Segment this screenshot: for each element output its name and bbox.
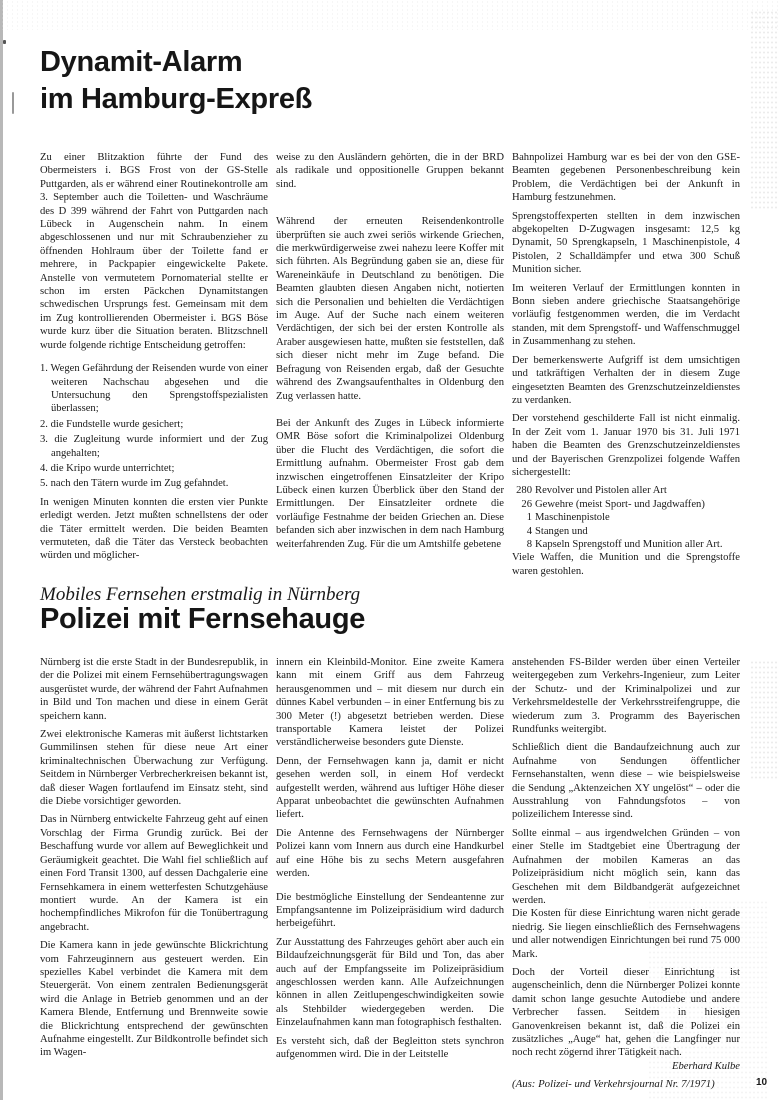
paragraph: weise zu den Ausländern gehörten, die in… [276, 151, 504, 191]
article1-title-line1: Dynamit-Alarm [40, 46, 242, 79]
paragraph: Bei der Ankunft des Zuges in Lübeck info… [276, 417, 504, 551]
paragraph: Die Kamera kann in jede gewünschte Blick… [40, 939, 268, 1060]
paragraph: Der vorstehend geschilderte Fall ist nic… [512, 412, 740, 479]
paragraph: Sollte einmal – aus irgendwelchen Gründe… [512, 827, 740, 907]
paragraph: Bahnpolizei Hamburg war es bei der von d… [512, 151, 740, 205]
article1-column-2: weise zu den Ausländern gehörten, die in… [276, 151, 504, 556]
article1-column-3: Bahnpolizei Hamburg war es bei der von d… [512, 151, 740, 583]
paragraph: Sprengstoffexperten stellten in dem inzw… [512, 210, 740, 277]
scan-noise-right [750, 10, 778, 210]
weapon-label: Revolver und Pistolen aller Art [535, 485, 667, 496]
scan-edge [0, 0, 3, 1100]
list-item: 1. Wegen Gefährdung der Reisenden wurde … [40, 362, 268, 416]
paragraph: innern ein Kleinbild-Monitor. Eine zweit… [276, 656, 504, 750]
weapon-label: Gewehre (meist Sport- und Jagdwaffen) [535, 499, 705, 510]
scan-noise-right [750, 660, 778, 780]
page-number: 10 [756, 1077, 767, 1088]
decision-list: 1. Wegen Gefährdung der Reisenden wurde … [40, 362, 268, 491]
list-item: 280Revolver und Pistolen aller Art [512, 484, 740, 497]
article2-column-1: Nürnberg ist die erste Stadt in der Bund… [40, 656, 268, 1065]
list-item: 2. die Fundstelle wurde gesichert; [40, 418, 268, 431]
weapon-count: 4 [512, 525, 532, 538]
list-item: 3. die Zugleitung wurde informiert und d… [40, 433, 268, 460]
weapon-label: Stangen und [535, 526, 588, 537]
seized-weapons-list: 280Revolver und Pistolen aller Art 26Gew… [512, 484, 740, 551]
weapon-count: 8 [512, 538, 532, 551]
paragraph: Denn, der Fernsehwagen kann ja, damit er… [276, 755, 504, 822]
author-byline: Eberhard Kulbe [512, 1060, 740, 1073]
article2-column-2: innern ein Kleinbild-Monitor. Eine zweit… [276, 656, 504, 1066]
paragraph: Im weiteren Verlauf der Ermittlungen kon… [512, 282, 740, 349]
paragraph: In wenigen Minuten konnten die ersten vi… [40, 496, 268, 563]
paragraph: anstehenden FS-Bilder werden über einen … [512, 656, 740, 736]
list-item: 5. nach den Tätern wurde im Zug gefahnde… [40, 477, 268, 490]
paragraph: Nürnberg ist die erste Stadt in der Bund… [40, 656, 268, 723]
weapon-count: 1 [512, 511, 532, 524]
list-item: 8Kapseln Sprengstoff und Munition aller … [512, 538, 740, 551]
paragraph: Zwei elektronische Kameras mit äußerst l… [40, 728, 268, 808]
paragraph: Schließlich dient die Bandaufzeichnung a… [512, 741, 740, 821]
paragraph: Zu einer Blitzaktion führte der Fund des… [40, 151, 268, 352]
paragraph: Zur Ausstattung des Fahrzeuges gehört ab… [276, 936, 504, 1030]
list-item: 4. die Kripo wurde unterrichtet; [40, 462, 268, 475]
list-item: 26Gewehre (meist Sport- und Jagdwaffen) [512, 498, 740, 511]
paragraph: Viele Waffen, die Munition und die Spren… [512, 551, 740, 578]
paragraph: Der bemerkenswerte Aufgriff ist dem umsi… [512, 354, 740, 408]
list-item: 1Maschinenpistole [512, 511, 740, 524]
article1-title-line2: im Hamburg-Expreß [40, 83, 312, 116]
paragraph: Das in Nürnberg entwickelte Fahrzeug geh… [40, 813, 268, 934]
weapon-count: 280 [512, 484, 532, 497]
paragraph: Es versteht sich, daß der Begleitton ste… [276, 1035, 504, 1062]
paragraph: Die Kosten für diese Einrichtung waren n… [512, 907, 740, 961]
paragraph: Die bestmögliche Einstellung der Sendean… [276, 891, 504, 931]
source-citation: (Aus: Polizei- und Verkehrsjournal Nr. 7… [512, 1078, 740, 1091]
weapon-label: Kapseln Sprengstoff und Munition aller A… [535, 539, 723, 550]
paragraph: Doch der Vorteil dieser Einrichtung ist … [512, 966, 740, 1060]
paragraph: Die Antenne des Fernsehwagens der Nürnbe… [276, 827, 504, 881]
scan-speck [12, 92, 14, 114]
weapon-count: 26 [512, 498, 532, 511]
article1-column-1: Zu einer Blitzaktion führte der Fund des… [40, 151, 268, 568]
weapon-label: Maschinenpistole [535, 512, 610, 523]
scan-speck [3, 40, 6, 44]
scan-noise-top [0, 0, 778, 30]
list-item: 4Stangen und [512, 525, 740, 538]
article2-title: Polizei mit Fernsehauge [40, 603, 365, 636]
article2-column-3: anstehenden FS-Bilder werden über einen … [512, 656, 740, 1097]
paragraph: Während der erneuten Reisendenkontrolle … [276, 215, 504, 403]
